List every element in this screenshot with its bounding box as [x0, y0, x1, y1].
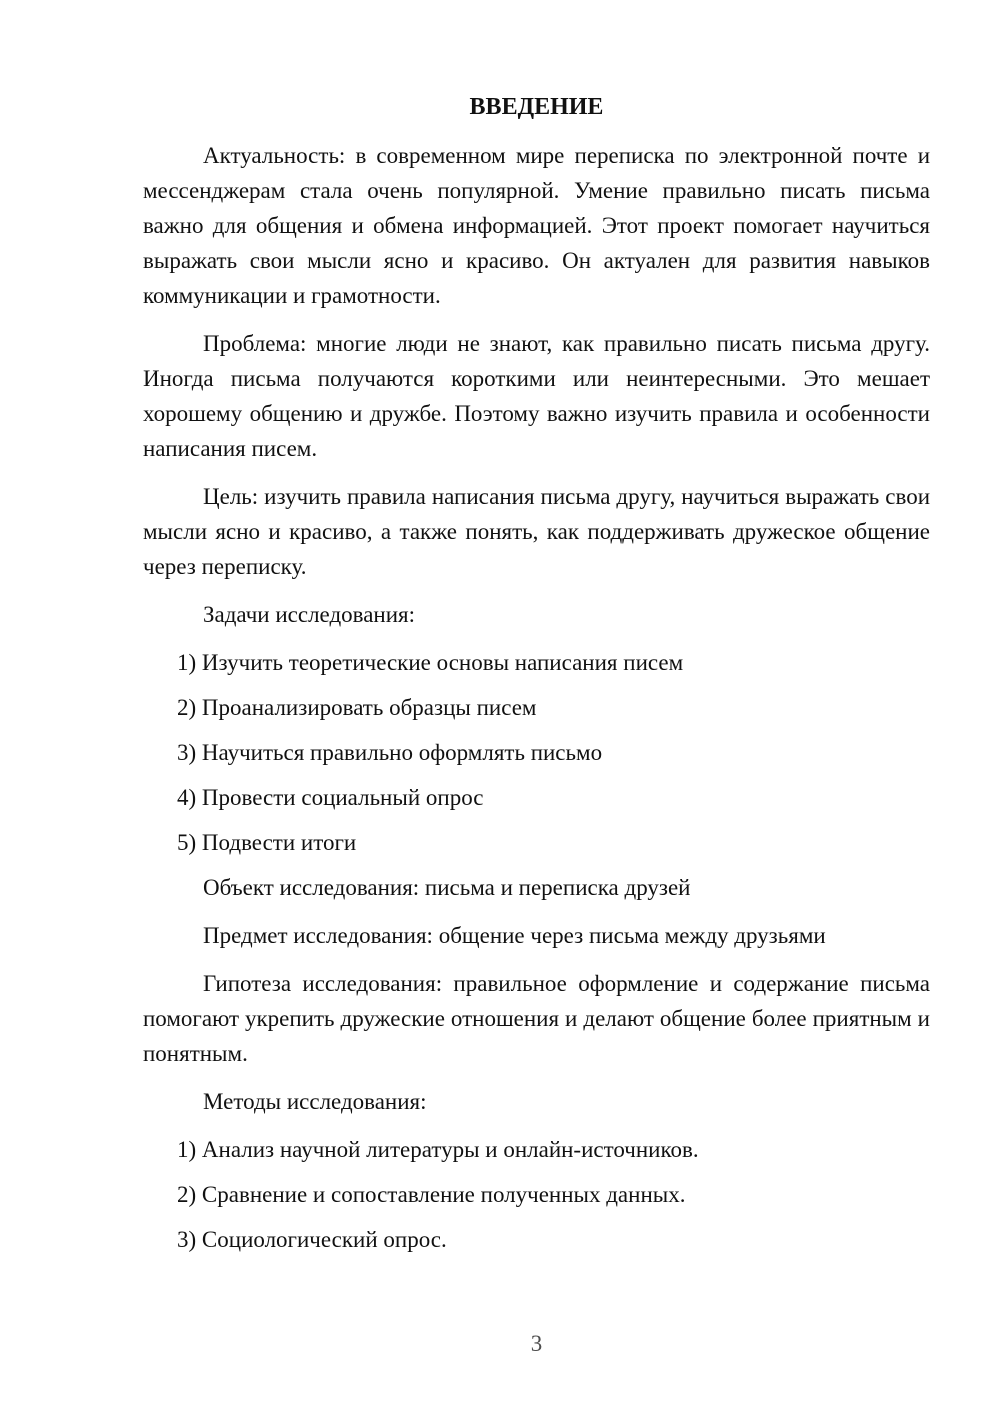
task-item-3: 3) Научиться правильно оформлять письмо: [143, 735, 930, 770]
page-title: ВВЕДЕНИЕ: [143, 90, 930, 125]
task-item-5: 5) Подвести итоги: [143, 825, 930, 860]
list-marker: 4): [177, 785, 196, 810]
paragraph-goal: Цель: изучить правила написания письма д…: [143, 479, 930, 584]
list-text: Изучить теоретические основы написания п…: [202, 650, 683, 675]
page-number: 3: [143, 1326, 930, 1361]
method-item-1: 1) Анализ научной литературы и онлайн-ис…: [143, 1132, 930, 1167]
list-marker: 5): [177, 830, 196, 855]
paragraph-relevance: Актуальность: в современном мире перепис…: [143, 138, 930, 313]
paragraph-object: Объект исследования: письма и переписка …: [143, 870, 930, 905]
methods-heading: Методы исследования:: [143, 1084, 930, 1119]
list-text: Социологический опрос.: [202, 1227, 447, 1252]
list-text: Научиться правильно оформлять письмо: [202, 740, 602, 765]
list-text: Проанализировать образцы писем: [202, 695, 537, 720]
paragraph-problem: Проблема: многие люди не знают, как прав…: [143, 326, 930, 466]
tasks-heading: Задачи исследования:: [143, 597, 930, 632]
paragraph-hypothesis: Гипотеза исследования: правильное оформл…: [143, 966, 930, 1071]
list-text: Сравнение и сопоставление полученных дан…: [202, 1182, 686, 1207]
list-marker: 1): [177, 650, 196, 675]
list-text: Анализ научной литературы и онлайн-источ…: [202, 1137, 699, 1162]
list-marker: 3): [177, 740, 196, 765]
paragraph-subject: Предмет исследования: общение через пись…: [143, 918, 930, 953]
list-marker: 3): [177, 1227, 196, 1252]
task-item-4: 4) Провести социальный опрос: [143, 780, 930, 815]
list-text: Подвести итоги: [202, 830, 356, 855]
list-marker: 1): [177, 1137, 196, 1162]
list-marker: 2): [177, 1182, 196, 1207]
method-item-2: 2) Сравнение и сопоставление полученных …: [143, 1177, 930, 1212]
task-item-2: 2) Проанализировать образцы писем: [143, 690, 930, 725]
method-item-3: 3) Социологический опрос.: [143, 1222, 930, 1257]
list-marker: 2): [177, 695, 196, 720]
list-text: Провести социальный опрос: [202, 785, 484, 810]
task-item-1: 1) Изучить теоретические основы написани…: [143, 645, 930, 680]
document-page: ВВЕДЕНИЕ Актуальность: в современном мир…: [0, 0, 1000, 1414]
